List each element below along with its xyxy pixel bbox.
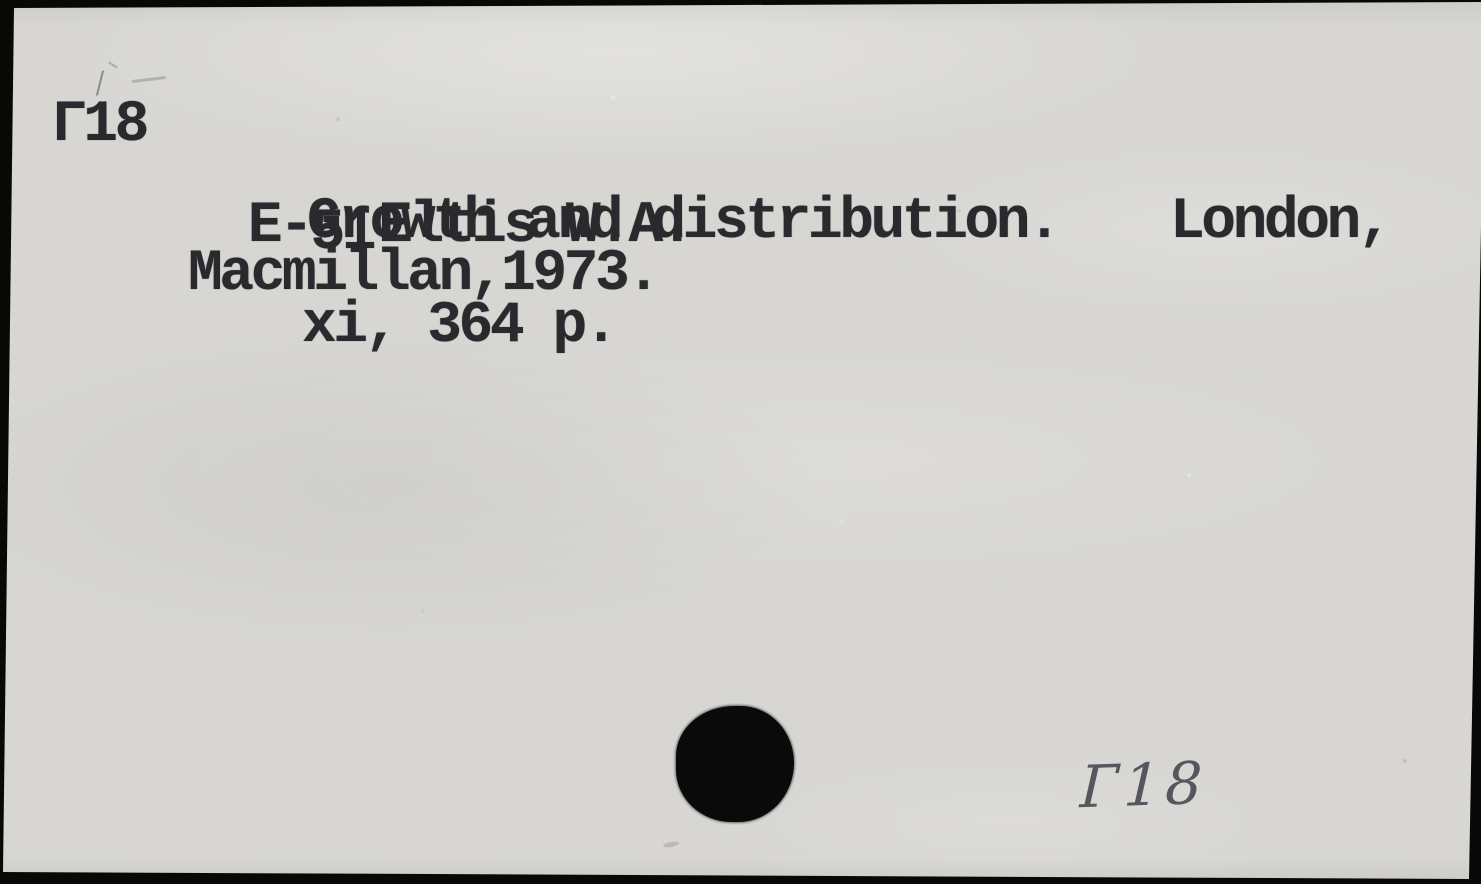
collation: xi, 364 p. (302, 298, 615, 356)
scan-background: Г18 E-51Eltis W.A. Growth and distributi… (0, 0, 1481, 884)
handwritten-call-number: Г18 (1079, 754, 1208, 817)
pencil-mark (132, 76, 166, 83)
pencil-mark (108, 62, 118, 69)
pencil-mark (96, 70, 104, 96)
place-of-publication: London, (1170, 194, 1389, 252)
dust-specks (0, 0, 2, 2)
smudge-mark (663, 841, 680, 849)
hole-punch-dot (676, 706, 794, 822)
catalog-card: Г18 E-51Eltis W.A. Growth and distributi… (0, 0, 1481, 884)
